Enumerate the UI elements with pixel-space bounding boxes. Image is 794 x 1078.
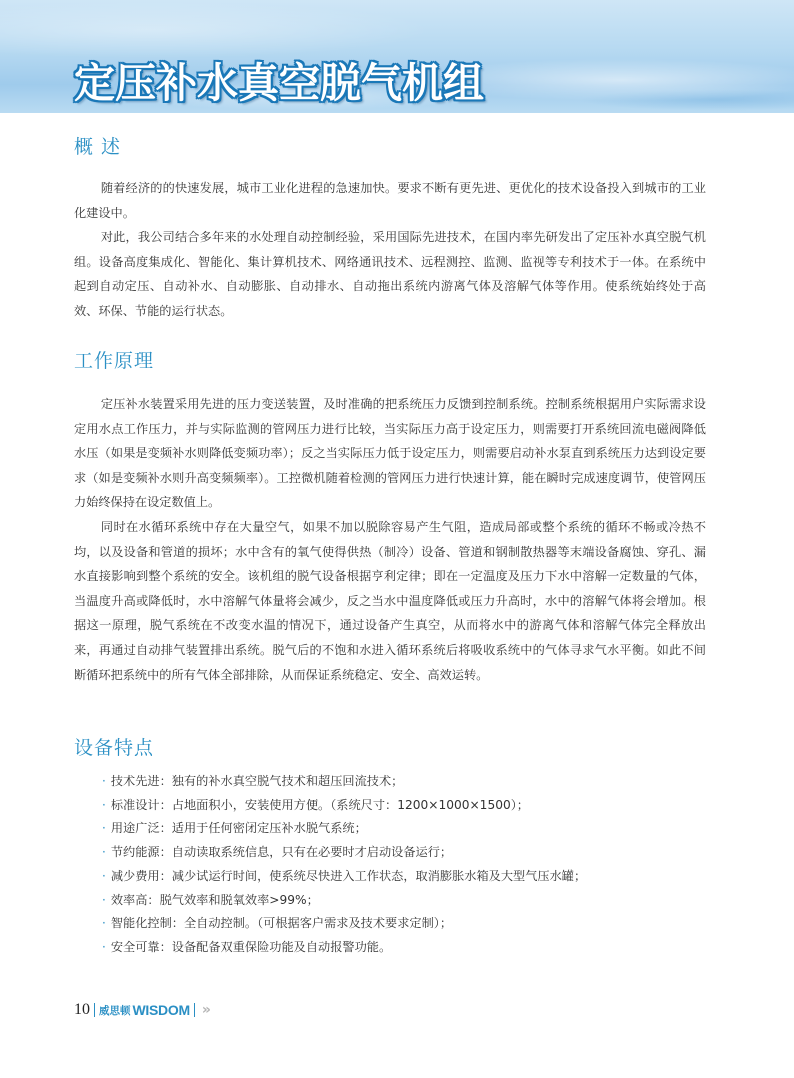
bullet-icon: · bbox=[102, 893, 106, 907]
feature-item: ·技术先进：独有的补水真空脱气技术和超压回流技术； bbox=[102, 770, 586, 794]
feature-item: ·减少费用：减少试运行时间，使系统尽快进入工作状态，取消膨胀水箱及大型气压水罐； bbox=[102, 865, 586, 889]
overview-paragraph-1: 随着经济的的快速发展，城市工业化进程的急速加快。要求不断有更先进、更优化的技术设… bbox=[74, 176, 706, 225]
feature-text: 用途广泛：适用于任何密闭定压补水脱气系统； bbox=[111, 821, 367, 835]
section-heading-overview: 概 述 bbox=[74, 132, 121, 159]
bullet-icon: · bbox=[102, 774, 106, 788]
bullet-icon: · bbox=[102, 845, 106, 859]
brand-logo: WISDOM bbox=[133, 1002, 190, 1018]
bullet-icon: · bbox=[102, 869, 106, 883]
section-heading-features: 设备特点 bbox=[74, 733, 154, 760]
footer-divider bbox=[94, 1003, 95, 1017]
page-number: 10 bbox=[74, 1001, 90, 1019]
principle-paragraph-1: 定压补水装置采用先进的压力变送装置，及时准确的把系统压力反馈到控制系统。控制系统… bbox=[74, 392, 706, 515]
page-footer: 10 威思顿 WISDOM » bbox=[74, 1001, 208, 1019]
bullet-icon: · bbox=[102, 821, 106, 835]
feature-text: 减少费用：减少试运行时间，使系统尽快进入工作状态，取消膨胀水箱及大型气压水罐； bbox=[111, 869, 586, 883]
bullet-icon: · bbox=[102, 798, 106, 812]
feature-text: 效率高：脱气效率和脱氧效率>99%； bbox=[111, 893, 319, 907]
feature-item: ·智能化控制：全自动控制。（可根据客户需求及技术要求定制）； bbox=[102, 912, 586, 936]
feature-text: 安全可靠：设备配备双重保险功能及自动报警功能。 bbox=[111, 940, 391, 954]
bullet-icon: · bbox=[102, 940, 106, 954]
footer-divider bbox=[194, 1003, 195, 1017]
overview-paragraph-2: 对此，我公司结合多年来的水处理自动控制经验，采用国际先进技术，在国内率先研发出了… bbox=[74, 225, 706, 323]
feature-item: ·安全可靠：设备配备双重保险功能及自动报警功能。 bbox=[102, 936, 586, 960]
feature-text: 节约能源：自动读取系统信息，只有在必要时才启动设备运行； bbox=[111, 845, 452, 859]
header-banner: 定压补水真空脱气机组 bbox=[0, 0, 794, 113]
feature-text: 标准设计：占地面积小，安装使用方便。（系统尺寸：1200×1000×1500）； bbox=[111, 798, 529, 812]
features-list: ·技术先进：独有的补水真空脱气技术和超压回流技术； ·标准设计：占地面积小，安装… bbox=[102, 770, 586, 960]
principle-paragraph-2: 同时在水循环系统中存在大量空气，如果不加以脱除容易产生气阻，造成局部或整个系统的… bbox=[74, 515, 706, 687]
bullet-icon: · bbox=[102, 916, 106, 930]
feature-text: 智能化控制：全自动控制。（可根据客户需求及技术要求定制）； bbox=[111, 916, 452, 930]
feature-item: ·效率高：脱气效率和脱氧效率>99%； bbox=[102, 889, 586, 913]
page-title: 定压补水真空脱气机组 bbox=[74, 50, 484, 109]
double-chevron-right-icon: » bbox=[202, 1002, 208, 1018]
section-heading-principle: 工作原理 bbox=[74, 346, 154, 373]
brand-name-cn: 威思顿 bbox=[99, 1003, 131, 1018]
feature-item: ·节约能源：自动读取系统信息，只有在必要时才启动设备运行； bbox=[102, 841, 586, 865]
feature-item: ·用途广泛：适用于任何密闭定压补水脱气系统； bbox=[102, 817, 586, 841]
feature-item: ·标准设计：占地面积小，安装使用方便。（系统尺寸：1200×1000×1500）… bbox=[102, 794, 586, 818]
feature-text: 技术先进：独有的补水真空脱气技术和超压回流技术； bbox=[111, 774, 404, 788]
